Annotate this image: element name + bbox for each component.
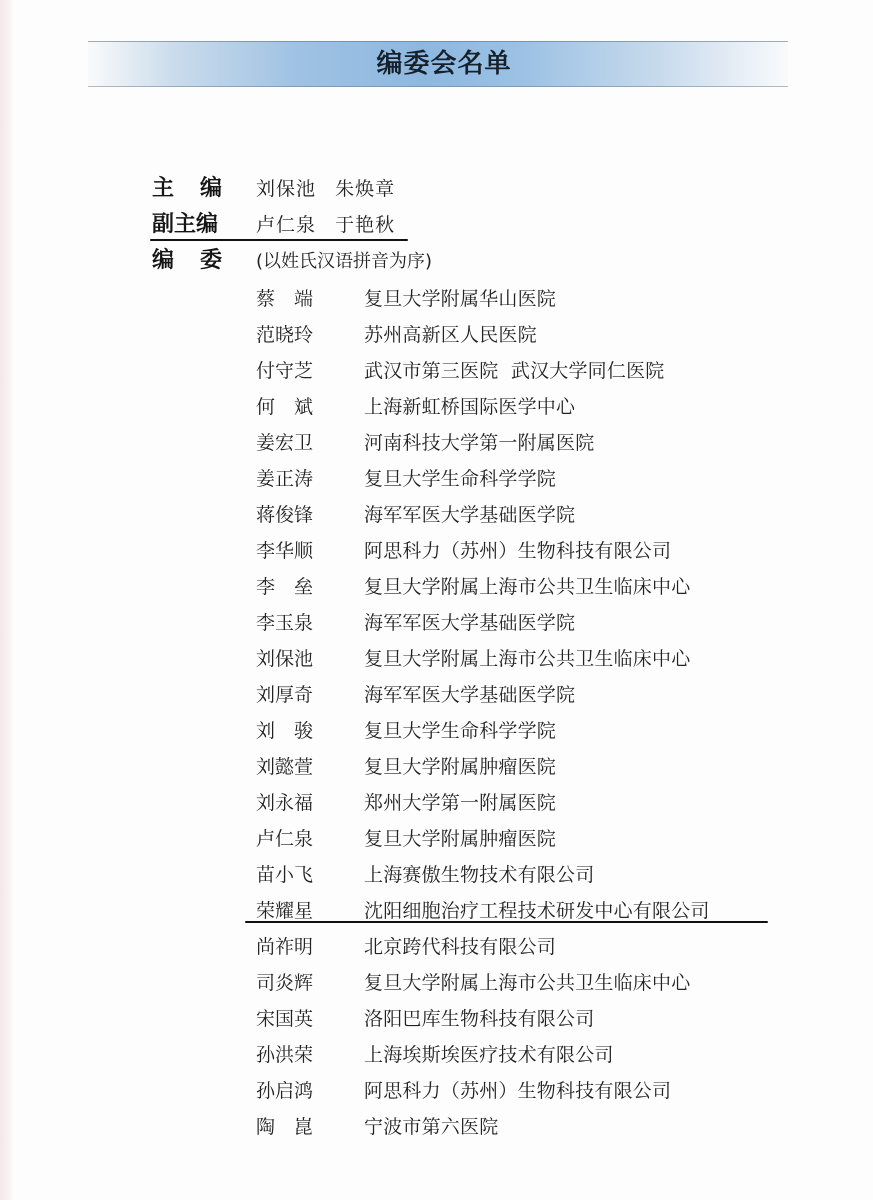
handwritten-underline <box>245 921 768 923</box>
member-name: 刘厚奇 <box>256 680 364 707</box>
member-name: 苗小飞 <box>256 860 364 887</box>
member-row: 蔡端 复旦大学附属华山医院 <box>256 279 816 315</box>
member-row: 刘骏 复旦大学生命科学学院 <box>256 711 816 747</box>
member-name: 孙洪荣 <box>256 1040 364 1067</box>
member-affiliation: 郑州大学第一附属医院 <box>364 788 556 815</box>
member-name: 卢仁泉 <box>256 824 364 851</box>
member-name: 刘保池 <box>256 644 364 671</box>
deputy-chief-editors-label: 副主编 <box>152 207 218 238</box>
member-name: 李垒 <box>256 572 364 599</box>
page-title: 编委会名单 <box>88 42 788 86</box>
member-row: 姜宏卫 河南科技大学第一附属医院 <box>256 423 816 459</box>
editorial-board-note: (以姓氏汉语拼音为序) <box>256 247 432 273</box>
member-affiliation: 复旦大学生命科学学院 <box>364 464 556 491</box>
member-row: 孙启鸿 阿思科力（苏州）生物科技有限公司 <box>256 1071 816 1107</box>
member-row: 宋国英 洛阳巴库生物科技有限公司 <box>256 999 816 1035</box>
member-row: 孙洪荣 上海埃斯埃医疗技术有限公司 <box>256 1035 816 1071</box>
member-row: 李垒 复旦大学附属上海市公共卫生临床中心 <box>256 567 816 603</box>
chief-editor-name: 刘保池 <box>256 178 316 200</box>
page-edge <box>0 0 14 1200</box>
member-name: 李华顺 <box>256 536 364 563</box>
member-name: 尚祚明 <box>256 932 364 959</box>
member-row: 何斌 上海新虹桥国际医学中心 <box>256 387 816 423</box>
member-name: 范晓玲 <box>256 320 364 347</box>
member-name: 荣耀星 <box>256 896 364 923</box>
member-affiliation: 复旦大学附属上海市公共卫生临床中心 <box>364 968 690 995</box>
member-name: 孙启鸿 <box>256 1076 364 1103</box>
chief-editors-names: 刘保池 朱焕章 <box>256 174 395 201</box>
member-list: 蔡端 复旦大学附属华山医院 范晓玲 苏州高新区人民医院 付守芝 武汉市第三医院 … <box>256 279 816 1143</box>
member-row: 刘保池 复旦大学附属上海市公共卫生临床中心 <box>256 639 816 675</box>
member-name: 何斌 <box>256 392 364 419</box>
chief-editor-name: 朱焕章 <box>335 178 395 200</box>
member-affiliation: 上海赛傲生物技术有限公司 <box>364 860 594 887</box>
chief-editors-label: 主编 <box>152 171 248 202</box>
handwritten-underline <box>150 239 408 241</box>
member-affiliation: 沈阳细胞治疗工程技术研发中心有限公司 <box>364 896 710 923</box>
member-row: 卢仁泉 复旦大学附属肿瘤医院 <box>256 819 816 855</box>
member-row: 司炎辉 复旦大学附属上海市公共卫生临床中心 <box>256 963 816 999</box>
deputy-chief-editors-names: 卢仁泉 于艳秋 <box>256 210 395 237</box>
deputy-chief-editor-name: 于艳秋 <box>335 214 395 236</box>
member-row: 李玉泉 海军军医大学基础医学院 <box>256 603 816 639</box>
member-row: 刘懿萱 复旦大学附属肿瘤医院 <box>256 747 816 783</box>
member-affiliation: 复旦大学附属肿瘤医院 <box>364 824 556 851</box>
member-affiliation: 复旦大学生命科学学院 <box>364 716 556 743</box>
member-name: 刘永福 <box>256 788 364 815</box>
member-row: 刘厚奇 海军军医大学基础医学院 <box>256 675 816 711</box>
member-affiliation: 上海埃斯埃医疗技术有限公司 <box>364 1040 614 1067</box>
member-row: 刘永福 郑州大学第一附属医院 <box>256 783 816 819</box>
member-name: 蒋俊锋 <box>256 500 364 527</box>
member-affiliation: 海军军医大学基础医学院 <box>364 680 575 707</box>
member-affiliation: 河南科技大学第一附属医院 <box>364 428 594 455</box>
member-name: 司炎辉 <box>256 968 364 995</box>
member-row: 苗小飞 上海赛傲生物技术有限公司 <box>256 855 816 891</box>
member-affiliation: 复旦大学附属上海市公共卫生临床中心 <box>364 644 690 671</box>
member-row: 蒋俊锋 海军军医大学基础医学院 <box>256 495 816 531</box>
member-row: 陶崑 宁波市第六医院 <box>256 1107 816 1143</box>
member-affiliation: 复旦大学附属上海市公共卫生临床中心 <box>364 572 690 599</box>
member-name: 陶崑 <box>256 1112 364 1139</box>
editorial-board-label: 编委 <box>152 243 248 274</box>
member-name: 李玉泉 <box>256 608 364 635</box>
member-affiliation: 阿思科力（苏州）生物科技有限公司 <box>364 1076 671 1103</box>
member-affiliation: 复旦大学附属肿瘤医院 <box>364 752 556 779</box>
member-row: 付守芝 武汉市第三医院 武汉大学同仁医院 <box>256 351 816 387</box>
member-affiliation: 武汉市第三医院 武汉大学同仁医院 <box>364 356 664 383</box>
member-name: 刘骏 <box>256 716 364 743</box>
member-name: 付守芝 <box>256 356 364 383</box>
title-banner: 编委会名单 <box>88 41 788 87</box>
member-name: 宋国英 <box>256 1004 364 1031</box>
member-row: 姜正涛 复旦大学生命科学学院 <box>256 459 816 495</box>
member-affiliation: 北京跨代科技有限公司 <box>364 932 556 959</box>
member-name: 姜宏卫 <box>256 428 364 455</box>
member-row: 李华顺 阿思科力（苏州）生物科技有限公司 <box>256 531 816 567</box>
member-affiliation: 上海新虹桥国际医学中心 <box>364 392 575 419</box>
member-affiliation: 海军军医大学基础医学院 <box>364 608 575 635</box>
member-affiliation: 阿思科力（苏州）生物科技有限公司 <box>364 536 671 563</box>
member-name: 蔡端 <box>256 284 364 311</box>
member-affiliation: 复旦大学附属华山医院 <box>364 284 556 311</box>
member-affiliation: 苏州高新区人民医院 <box>364 320 537 347</box>
member-row: 范晓玲 苏州高新区人民医院 <box>256 315 816 351</box>
member-affiliation: 海军军医大学基础医学院 <box>364 500 575 527</box>
member-affiliation: 洛阳巴库生物科技有限公司 <box>364 1004 594 1031</box>
member-name: 姜正涛 <box>256 464 364 491</box>
member-affiliation: 宁波市第六医院 <box>364 1112 498 1139</box>
deputy-chief-editor-name: 卢仁泉 <box>256 214 316 236</box>
member-name: 刘懿萱 <box>256 752 364 779</box>
member-row: 尚祚明 北京跨代科技有限公司 <box>256 927 816 963</box>
